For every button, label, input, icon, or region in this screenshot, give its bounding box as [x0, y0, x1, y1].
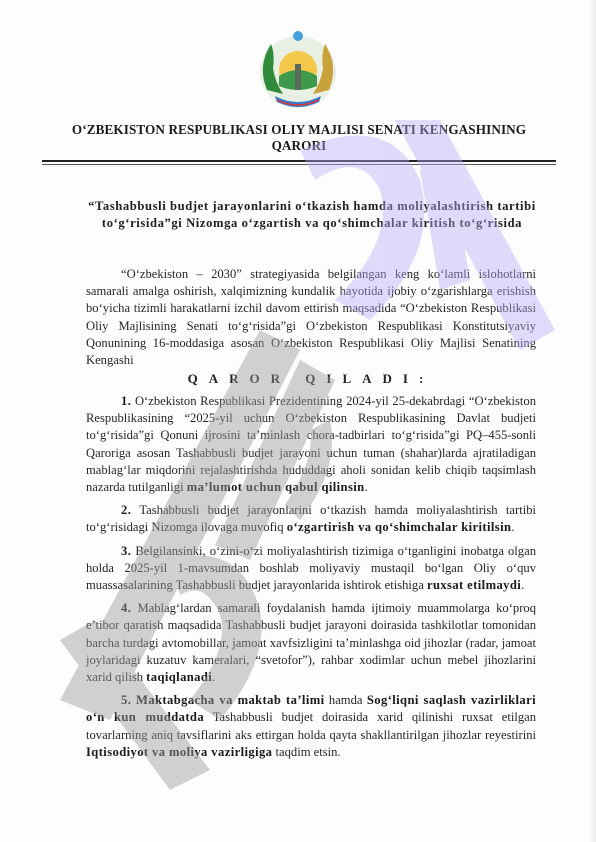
item-3: 3. Belgilansinki, o‘zini-o‘zi moliyalash…	[86, 543, 536, 595]
header-rule	[42, 160, 556, 162]
item-number: 1.	[121, 394, 131, 408]
item-1: 1. O‘zbekiston Respublikasi Prezidentini…	[86, 393, 536, 496]
resolves-heading: QAROR QILADI:	[86, 371, 536, 387]
issuer-heading: O‘ZBEKISTON RESPUBLIKASI OLIY MAJLISI SE…	[40, 122, 558, 154]
document-page: O‘ZBEKISTON RESPUBLIKASI OLIY MAJLISI SE…	[0, 0, 596, 842]
item-2: 2. Tashabbusli budjet jarayonlarini o‘tk…	[86, 502, 536, 536]
preamble-text: “O‘zbekiston – 2030” strategiyasida belg…	[86, 266, 536, 369]
issuer-line-1: O‘ZBEKISTON RESPUBLIKASI OLIY MAJLISI SE…	[40, 122, 558, 138]
item-number: 4.	[121, 601, 131, 615]
document-title: “Tashabbusli budjet jarayonlarini o‘tkaz…	[88, 198, 536, 232]
item-5: 5. Maktabgacha va maktab ta’limi hamda S…	[86, 692, 536, 761]
header-rule-thin	[42, 164, 556, 165]
resolution-items: 1. O‘zbekiston Respublikasi Prezidentini…	[86, 393, 536, 767]
issuer-line-2: QARORI	[40, 138, 558, 154]
item-number: 2.	[121, 503, 131, 517]
item-4: 4. Mablag‘lardan samarali foydalanish ha…	[86, 600, 536, 686]
page-edge	[588, 0, 596, 842]
item-number: 3.	[121, 544, 131, 558]
preamble: “O‘zbekiston – 2030” strategiyasida belg…	[86, 266, 536, 375]
item-number: 5.	[121, 693, 131, 707]
state-emblem-icon	[253, 28, 343, 112]
